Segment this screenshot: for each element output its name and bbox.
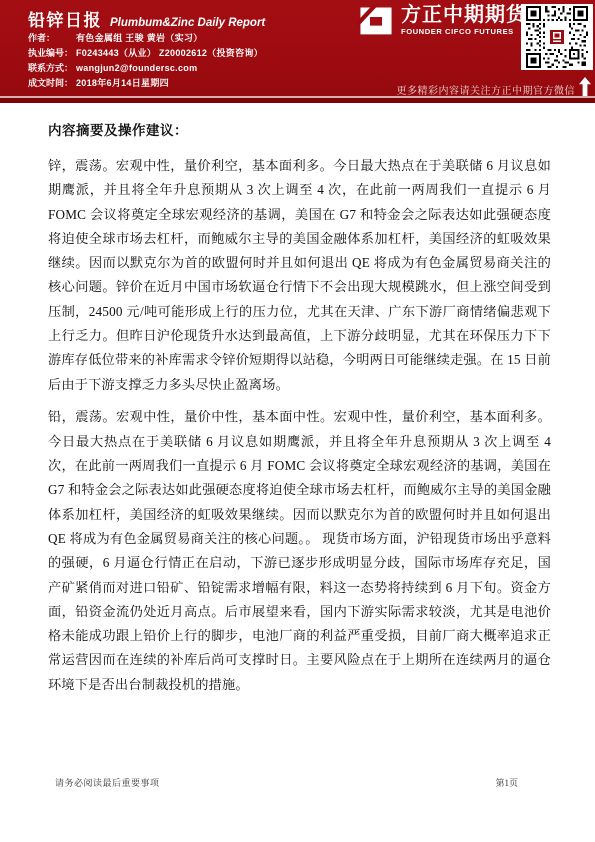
report-meta: 作者： 有色金属组 王骏 黄岩（实习） 执业编号： F0243443（从业） Z… <box>28 31 263 91</box>
brand-text: 方正中期期货 FOUNDER CIFCO FUTURES <box>401 4 527 36</box>
report-header: 铅锌日报Plumbum&Zinc Daily Report 作者： 有色金属组 … <box>0 0 595 96</box>
company-brand: 方正中期期货 FOUNDER CIFCO FUTURES <box>357 4 527 37</box>
report-body: 内容摘要及操作建议： 锌，震荡。宏观中性，量价利空，基本面利多。今日最大热点在于… <box>48 119 551 706</box>
footer-page-number: 第1页 <box>495 776 518 789</box>
qr-finder-tl <box>526 6 541 21</box>
footer-disclaimer: 请务必阅读最后重要事项 <box>55 776 160 789</box>
qr-finder-bl <box>526 53 541 68</box>
meta-value: F0243443（从业） Z20002612（投资咨询） <box>76 46 263 61</box>
meta-value: 有色金属组 王骏 黄岩（实习） <box>76 31 203 46</box>
qr-center-logo <box>548 28 565 45</box>
meta-row-contact: 联系方式： wangjun2@foundersc.com <box>28 61 263 76</box>
banner-divider-dark <box>0 98 595 103</box>
meta-label: 作者： <box>28 31 76 46</box>
meta-label: 执业编号： <box>28 46 76 61</box>
meta-row-author: 作者： 有色金属组 王骏 黄岩（实习） <box>28 31 263 46</box>
report-title-en: Plumbum&Zinc Daily Report <box>110 17 265 29</box>
section-title: 内容摘要及操作建议： <box>48 119 551 139</box>
qr-code <box>521 4 593 70</box>
meta-row-license: 执业编号： F0243443（从业） Z20002612（投资咨询） <box>28 46 263 61</box>
wechat-note: 更多精彩内容请关注方正中期官方微信 <box>397 82 576 97</box>
meta-value: 2018年6月14日星期四 <box>76 76 169 91</box>
brand-name-en: FOUNDER CIFCO FUTURES <box>401 27 527 36</box>
report-title: 铅锌日报Plumbum&Zinc Daily Report <box>28 6 265 31</box>
founder-logo-icon <box>357 4 395 37</box>
paragraph-lead: 铅，震荡。宏观中性，量价中性，基本面中性。宏观中性，量价利空，基本面利多。今日最… <box>48 405 551 697</box>
meta-row-date: 成文时间： 2018年6月14日星期四 <box>28 76 263 91</box>
arrow-up-icon <box>579 77 591 96</box>
meta-value: wangjun2@foundersc.com <box>76 61 197 76</box>
brand-name-cn: 方正中期期货 <box>401 4 527 26</box>
meta-label: 成文时间： <box>28 76 76 91</box>
paragraph-zinc: 锌，震荡。宏观中性，量价利空，基本面利多。今日最大热点在于美联储 6 月议息如期… <box>48 154 551 397</box>
meta-label: 联系方式： <box>28 61 76 76</box>
qr-finder-tr <box>573 6 588 21</box>
report-title-cn: 铅锌日报 <box>28 11 102 30</box>
